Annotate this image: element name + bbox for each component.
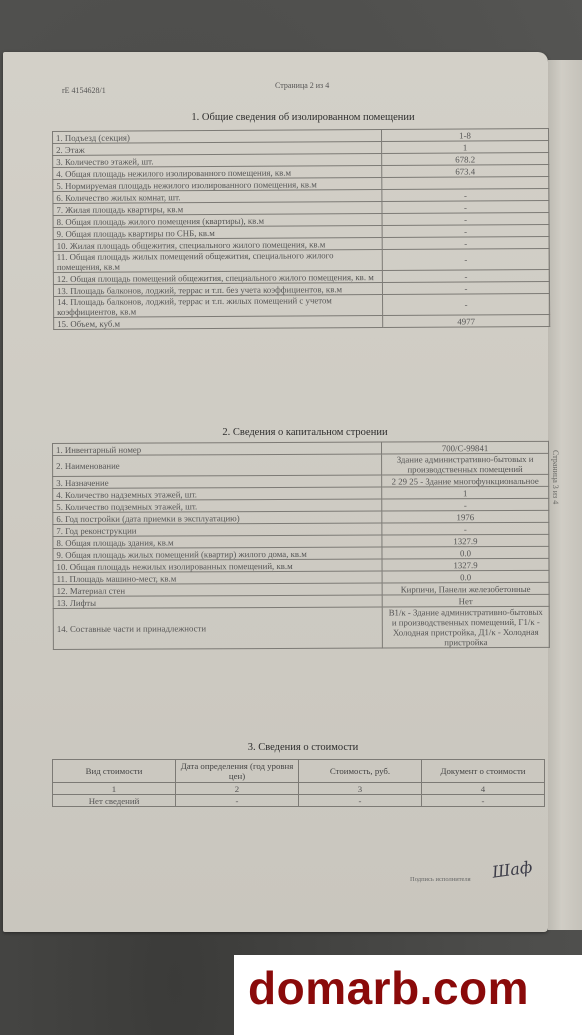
column-header: Документ о стоимости — [422, 760, 545, 783]
row-label: 14. Площадь балконов, лоджий, террас и т… — [54, 294, 383, 317]
document-id: rE 4154628/1 — [62, 86, 106, 95]
row-value: 1976 — [382, 510, 549, 523]
cost-table: Вид стоимостиДата определения (год уровн… — [52, 759, 545, 807]
row-label: 14. Составные части и принадлежности — [53, 607, 382, 649]
row-value: - — [382, 200, 549, 213]
column-index: 4 — [422, 783, 545, 795]
column-index: 3 — [299, 783, 422, 795]
column-header: Вид стоимости — [53, 760, 176, 783]
row-value: Кирпичи, Панели железобетонные — [382, 582, 549, 595]
row-value: - — [382, 212, 549, 225]
row-value: 1 — [382, 140, 549, 153]
row-value — [382, 176, 549, 189]
table-row: Нет сведений--- — [53, 795, 545, 807]
isolated-premises-table: 1. Подъезд (секция)1-82. Этаж13. Количес… — [52, 128, 550, 330]
row-label: 2. Наименование — [53, 454, 382, 476]
watermark-banner: domarb.com — [234, 955, 582, 1035]
row-value: - — [382, 281, 549, 294]
row-value: - — [382, 236, 549, 249]
table-row: 14. Составные части и принадлежностиВ1/к… — [53, 606, 549, 649]
table-row: Вид стоимостиДата определения (год уровн… — [53, 760, 545, 783]
row-value: Нет — [382, 594, 549, 607]
page-number: Страница 2 из 4 — [275, 81, 329, 90]
row-value: 0.0 — [382, 546, 549, 559]
row-value: 678.2 — [382, 152, 549, 165]
row-value: 1 — [382, 486, 549, 499]
column-index: 1 — [53, 783, 176, 795]
table-row: 2. НаименованиеЗдание административно-бы… — [53, 453, 549, 476]
row-value: 1-8 — [381, 128, 548, 141]
row-value: 4977 — [383, 314, 550, 327]
watermark-text: domarb.com — [248, 961, 529, 1015]
row-value: Здание административно-бытовых и произво… — [382, 453, 549, 475]
row-value: 1327.9 — [382, 534, 549, 547]
column-header: Дата определения (год уровня цен) — [176, 760, 299, 783]
row-value: 673.4 — [382, 164, 549, 177]
section-1-title: 1. Общие сведения об изолированном помещ… — [12, 112, 582, 123]
table-row: 14. Площадь балконов, лоджий, террас и т… — [54, 293, 550, 317]
section-2-title: 2. Сведения о капитальном строении — [14, 427, 582, 438]
row-value: - — [382, 269, 549, 282]
cost-cell: Нет сведений — [53, 795, 176, 807]
row-value: В1/к - Здание административно-бытовых и … — [382, 606, 549, 648]
cost-cell: - — [422, 795, 545, 807]
row-value: - — [382, 188, 549, 201]
cost-cell: - — [299, 795, 422, 807]
table-row: 11. Общая площадь жилых помещений общежи… — [53, 248, 549, 272]
row-value: - — [382, 498, 549, 511]
table-row: 1234 — [53, 783, 545, 795]
row-label: 11. Общая площадь жилых помещений общежи… — [53, 249, 382, 272]
column-header: Стоимость, руб. — [299, 760, 422, 783]
signature-label: Подпись исполнителя — [410, 876, 471, 883]
section-3-title: 3. Сведения о стоимости — [12, 742, 582, 753]
capital-building-table: 1. Инвентарный номер700/С-998412. Наимен… — [52, 441, 550, 650]
row-value: 2 29 25 - Здание многофункциональное — [382, 474, 549, 487]
row-value: - — [382, 522, 549, 535]
row-value: - — [382, 224, 549, 237]
side-page-label: Страница 3 из 4 — [551, 450, 560, 504]
row-value: - — [383, 293, 550, 315]
row-value: 1327.9 — [382, 558, 549, 571]
row-value: 0.0 — [382, 570, 549, 583]
cost-cell: - — [176, 795, 299, 807]
row-label: 15. Объем, куб.м — [54, 315, 383, 329]
row-value: - — [382, 248, 549, 270]
table-row: 15. Объем, куб.м4977 — [54, 314, 550, 329]
row-value: 700/С-99841 — [381, 441, 548, 454]
column-index: 2 — [176, 783, 299, 795]
